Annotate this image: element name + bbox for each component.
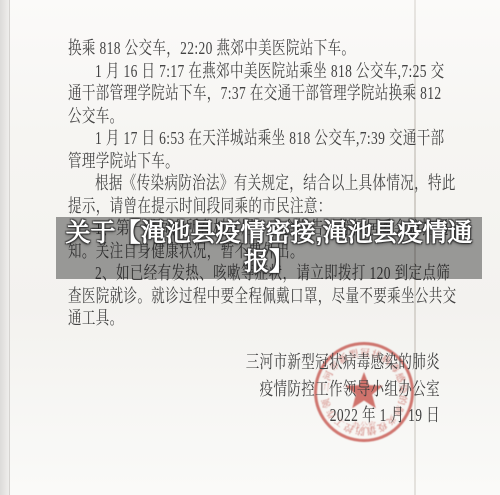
document-line: 换乘 818 公交车，22:20 燕郊中美医院站下车。 [68, 37, 469, 60]
document-photo: 换乘 818 公交车，22:20 燕郊中美医院站下车。1 月 16 日 7:17… [0, 0, 500, 495]
document-line: 查医院就诊。就诊过程中要全程佩戴口罩，尽量不要乘坐公共交 [68, 285, 469, 308]
caption-band: 关于【渑池县疫情密接,渑池县疫情通报】 [56, 217, 482, 279]
photo-left-edge [0, 0, 10, 495]
document-body: 换乘 818 公交车，22:20 燕郊中美医院站下车。1 月 16 日 7:17… [68, 37, 469, 330]
document-line: 根据《传染病防治法》有关规定，结合以上具体情况，特此 [68, 172, 469, 195]
document-line: 公交车。 [68, 105, 469, 128]
document-line: 通工具。 [68, 307, 469, 330]
caption-title: 关于【渑池县疫情密接,渑池县疫情通报】 [59, 219, 479, 277]
document-line: 1 月 17 日 6:53 在天洋城站乘坐 818 公交车,7:39 交通干部 [68, 127, 469, 150]
document-line: 提示，请曾在提示时间段同乘的市民注意： [68, 195, 469, 218]
document-line: 通干部管理学院站下车，7:37 在交通干部管理学院站换乘 812 [68, 82, 469, 105]
document-line: 管理学院站下车。 [68, 150, 469, 173]
signature-line-office-2: 疫情防控工作领导小组办公室 [246, 376, 440, 403]
document-line: 1 月 16 日 7:17 在燕郊中美医院站乘坐 818 公交车,7:25 交 [68, 60, 469, 83]
signature-date: 2022 年 1 月 19 日 [246, 402, 440, 429]
signature-line-office-1: 三河市新型冠状病毒感染的肺炎 [246, 349, 440, 376]
signature-block: 三河市新型冠状病毒感染的肺炎 疫情防控工作领导小组办公室 2022 年 1 月 … [246, 349, 440, 429]
